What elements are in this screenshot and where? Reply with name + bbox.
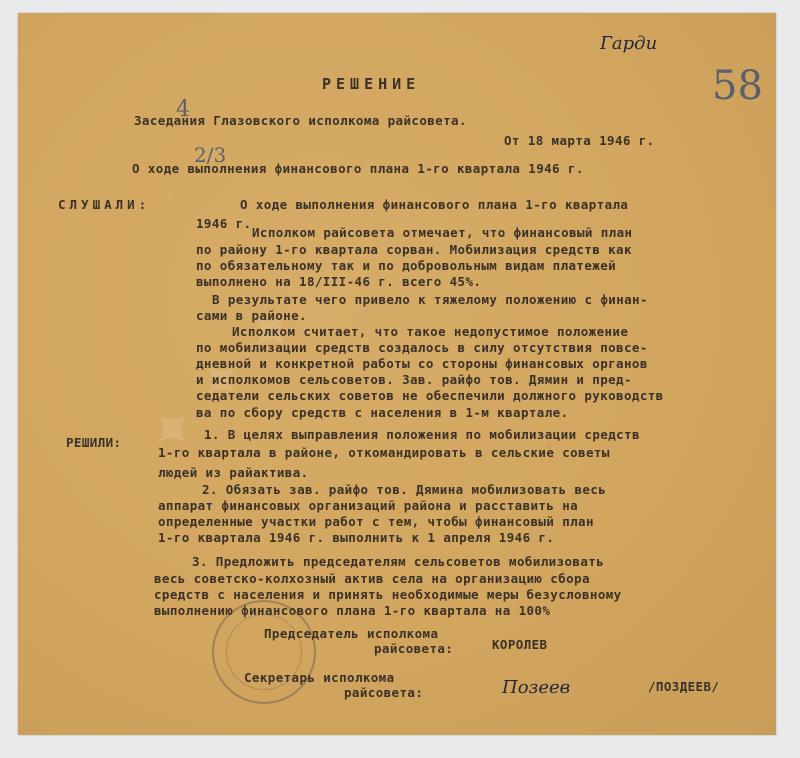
document-subtitle: Заседания Глазовского исполкома райсовет… — [134, 113, 467, 128]
heard-line: по мобилизации средств создалось в силу … — [196, 340, 648, 355]
chairman-title-2: райсовета: — [374, 641, 453, 656]
heard-line: выполнено на 18/III-46 г. всего 45%. — [196, 274, 481, 289]
heard-line: и исполкомов сельсоветов. Зав. райфо тов… — [196, 372, 632, 387]
decided-line: 1. В целях выправления положения по моби… — [204, 427, 640, 442]
heard-line: седатели сельских советов не обеспечили … — [196, 388, 664, 403]
secretary-title-2: райсовета: — [344, 685, 423, 700]
decided-line: выполнению финансового плана 1-го кварта… — [154, 603, 550, 618]
heard-line: В результате чего привело к тяжелому пол… — [212, 292, 648, 307]
decided-line: людей из райактива. — [158, 465, 309, 480]
handwritten-note-top: Гарди — [600, 33, 657, 54]
heard-line: 1946 г. — [196, 216, 251, 231]
decided-line: 3. Предложить председателям сельсоветов … — [192, 554, 604, 569]
decided-line: 1-го квартала в районе, откомандировать … — [158, 445, 610, 460]
secretary-title: Секретарь исполкома — [244, 670, 395, 685]
document-page: ✦ ✦ ✦ Гарди 58 4 2/3 РЕШЕНИЕ Заседания Г… — [18, 13, 776, 735]
heard-line: Исполком райсовета отмечает, что финансо… — [252, 225, 632, 240]
heard-line: по району 1-го квартала сорван. Мобилиза… — [196, 242, 632, 257]
heard-line: ва по сбору средств с населения в 1-м кв… — [196, 405, 569, 420]
heard-line: дневной и конкретной работы со стороны ф… — [196, 356, 648, 371]
document-title: РЕШЕНИЕ — [322, 75, 420, 93]
chairman-name: КОРОЛЕВ — [492, 637, 547, 652]
decided-line: средств с населения и принять необходимы… — [154, 587, 622, 602]
decided-line: весь советско-колхозный актив села на ор… — [154, 571, 590, 586]
decided-line: аппарат финансовых организаций района и … — [158, 498, 578, 513]
secretary-signature: Позеев — [502, 677, 570, 698]
decided-label: РЕШИЛИ: — [66, 435, 121, 450]
heard-line: О ходе выполнения финансового плана 1-го… — [240, 197, 628, 212]
chairman-title: Председатель исполкома — [264, 626, 438, 641]
heard-line: сами в районе. — [196, 308, 307, 323]
decided-line: 2. Обязать зав. райфо тов. Дямина мобили… — [202, 482, 606, 497]
document-subject: О ходе выполнения финансового плана 1-го… — [132, 161, 584, 176]
document-date: От 18 марта 1946 г. — [504, 133, 655, 148]
heard-line: Исполком считает, что такое недопустимое… — [232, 324, 628, 339]
decided-line: определенные участки работ с тем, чтобы … — [158, 514, 594, 529]
decided-line: 1-го квартала 1946 г. выполнить к 1 апре… — [158, 530, 554, 545]
page-number: 58 — [712, 63, 763, 109]
heard-line: по обязательному так и по добровольным в… — [196, 258, 616, 273]
heard-label: СЛУШАЛИ: — [58, 197, 150, 212]
secretary-name: /ПОЗДЕЕВ/ — [648, 679, 719, 694]
